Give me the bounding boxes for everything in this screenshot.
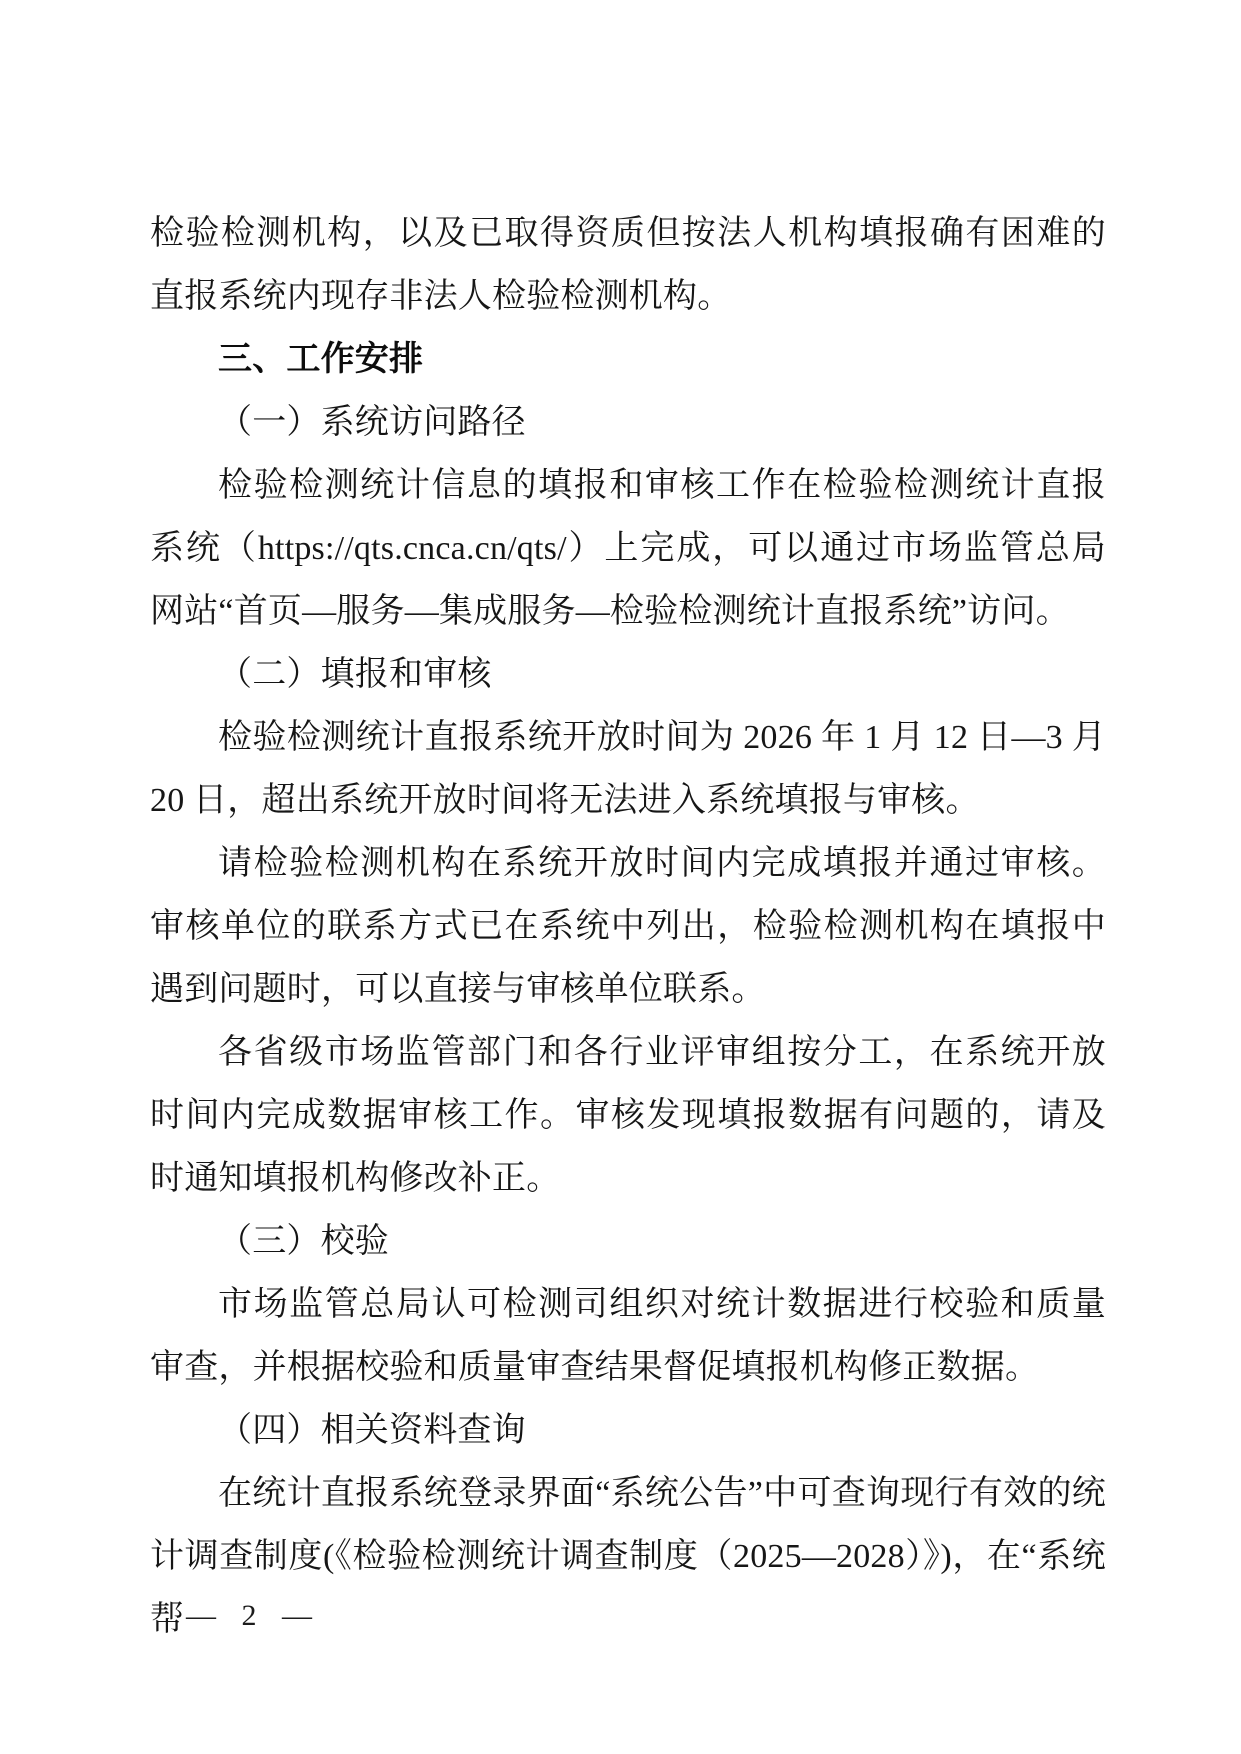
paragraph-review-division: 各省级市场监管部门和各行业评审组按分工，在系统开放时间内完成数据审核工作。审核发… bbox=[150, 1021, 1106, 1210]
subsection-heading-2: （二）填报和审核 bbox=[150, 643, 1106, 706]
paragraph-continued-from-previous-page: 检验检测机构，以及已取得资质但按法人机构填报确有困难的直报系统内现存非法人检验检… bbox=[150, 202, 1106, 328]
paragraph-reporting-and-review: 请检验检测机构在系统开放时间内完成填报并通过审核。审核单位的联系方式已在系统中列… bbox=[150, 832, 1106, 1021]
section-heading: 三、工作安排 bbox=[150, 328, 1106, 391]
subsection-heading-1: （一）系统访问路径 bbox=[150, 391, 1106, 454]
subsection-heading-4: （四）相关资料查询 bbox=[150, 1399, 1106, 1462]
paragraph-system-access-path: 检验检测统计信息的填报和审核工作在检验检测统计直报系统（https://qts.… bbox=[150, 454, 1106, 643]
document-body: 检验检测机构，以及已取得资质但按法人机构填报确有困难的直报系统内现存非法人检验检… bbox=[150, 202, 1106, 1651]
page-number: — 2 — bbox=[186, 1596, 321, 1636]
document-page: 检验检测机构，以及已取得资质但按法人机构填报确有困难的直报系统内现存非法人检验检… bbox=[0, 0, 1241, 1754]
paragraph-open-period: 检验检测统计直报系统开放时间为 2026 年 1 月 12 日—3 月 20 日… bbox=[150, 706, 1106, 832]
paragraph-verification: 市场监管总局认可检测司组织对统计数据进行校验和质量审查，并根据校验和质量审查结果… bbox=[150, 1273, 1106, 1399]
subsection-heading-3: （三）校验 bbox=[150, 1210, 1106, 1273]
